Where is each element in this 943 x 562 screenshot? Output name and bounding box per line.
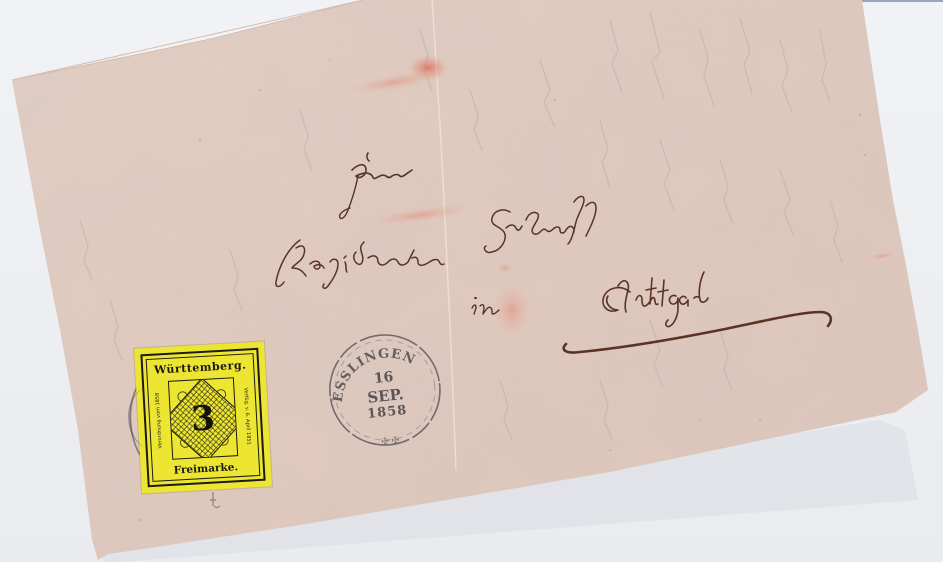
stamp-country-label: Württemberg. (147, 358, 254, 377)
stamp-right-side-text: Verfüg. v. 6. April 1851 (238, 376, 252, 455)
stamp-value: 3 (170, 397, 236, 441)
scan-background: ESSLINGEN ✠ ✠ 16 SEP. 1858 Württemberg. … (0, 0, 943, 562)
wurttemberg-3-kreuzer-stamp: Württemberg. Verordnung vom 1858 Verfüg.… (134, 341, 272, 493)
esslingen-postmark: ESSLINGEN ✠ ✠ 16 SEP. 1858 (319, 326, 451, 456)
svg-text:✠ ✠: ✠ ✠ (381, 436, 400, 448)
stamp-bottom-label: Freimarke. (153, 460, 260, 478)
stamp-ornament-panel: 3 (168, 377, 238, 460)
